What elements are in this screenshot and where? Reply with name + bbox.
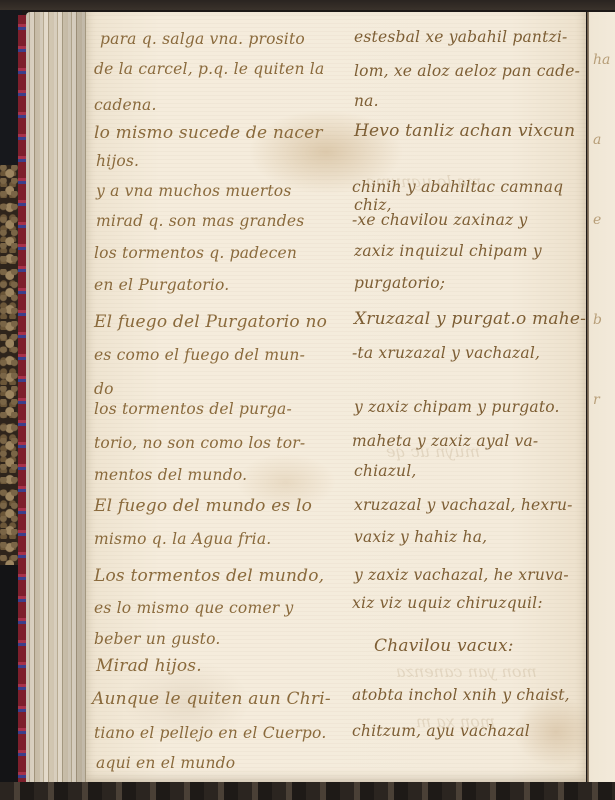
right-line: purgatorio; bbox=[354, 276, 445, 292]
left-line: El fuego del Purgatorio no bbox=[94, 314, 327, 331]
left-line: mismo q. la Agua fria. bbox=[94, 532, 271, 548]
next-page-fragment: ha bbox=[593, 52, 610, 68]
right-line: zaxiz inquizul chipam y bbox=[354, 244, 542, 260]
right-line: lom, xe aloz aeloz pan cade- bbox=[354, 64, 580, 80]
left-line: en el Purgatorio. bbox=[94, 278, 229, 294]
left-line: El fuego del mundo es lo bbox=[94, 498, 312, 515]
next-page-fragment: r bbox=[593, 392, 600, 408]
right-line: atobta inchol xnih y chaist, bbox=[352, 688, 570, 704]
right-line: y zaxiz chipam y purgato. bbox=[354, 400, 560, 416]
right-line: -xe chavilou zaxinaz y bbox=[352, 213, 527, 229]
book-headband bbox=[18, 15, 26, 790]
right-line: chiazul, bbox=[354, 464, 417, 480]
right-line: y zaxiz vachazal, he xruva- bbox=[354, 568, 569, 584]
right-line: xiz viz uquiz chiruzquil: bbox=[352, 596, 543, 612]
scanner-bottom-edge bbox=[0, 782, 615, 800]
right-line: xruzazal y vachazal, hexru- bbox=[354, 498, 573, 514]
right-line: chitzum, ayu vachazal bbox=[352, 724, 530, 740]
next-page-fragment: a bbox=[593, 132, 601, 148]
scanner-top-edge bbox=[0, 0, 615, 10]
left-line: Los tormentos del mundo, bbox=[94, 568, 324, 585]
left-line: do bbox=[94, 382, 114, 398]
left-line: Mirad hijos. bbox=[96, 658, 202, 675]
right-line: maheta y zaxiz ayal va- bbox=[352, 434, 538, 450]
left-line: y a vna muchos muertos bbox=[96, 184, 292, 200]
right-line: Hevo tanliz achan vixcun bbox=[354, 123, 575, 140]
left-line: mirad q. son mas grandes bbox=[96, 214, 304, 230]
right-line: Xruzazal y purgat.o mahe- bbox=[354, 311, 586, 328]
left-line: aqui en el mundo bbox=[96, 756, 235, 772]
left-line: los tormentos del purga- bbox=[94, 402, 292, 418]
right-line: na. bbox=[354, 94, 379, 110]
next-page-fragment: e bbox=[593, 212, 601, 228]
right-line: vaxiz y hahiz ha, bbox=[354, 530, 487, 546]
next-page-fragment: b bbox=[593, 312, 602, 328]
left-line: los tormentos q. padecen bbox=[94, 246, 297, 262]
left-line: es lo mismo que comer y bbox=[94, 601, 293, 617]
left-line: hijos. bbox=[96, 154, 139, 170]
next-page-edge: ha a e b r bbox=[587, 12, 615, 782]
left-line: tiano el pellejo en el Cuerpo. bbox=[94, 726, 326, 742]
left-line: beber un gusto. bbox=[94, 632, 221, 648]
left-line: torio, no son como los tor- bbox=[94, 436, 305, 452]
right-line: chinih y abahiltac camnaq bbox=[352, 180, 563, 196]
stacked-page-edges bbox=[26, 12, 88, 790]
manuscript-scan: ma lo ugnuma muyn uc qe mon yan canenza … bbox=[0, 0, 615, 800]
right-line: estesbal xe yabahil pantzi- bbox=[354, 30, 568, 46]
left-line: para q. salga vna. prosito bbox=[100, 32, 305, 48]
left-line: Aunque le quiten aun Chri- bbox=[92, 691, 331, 708]
left-line: de la carcel, p.q. le quiten la bbox=[94, 62, 324, 78]
right-line: Chavilou vacux: bbox=[374, 638, 514, 655]
left-line: es como el fuego del mun- bbox=[94, 348, 305, 364]
left-line: mentos del mundo. bbox=[94, 468, 247, 484]
left-line: cadena. bbox=[94, 98, 157, 114]
right-line: -ta xruzazal y vachazal, bbox=[352, 346, 540, 362]
left-line: lo mismo sucede de nacer bbox=[94, 125, 323, 142]
